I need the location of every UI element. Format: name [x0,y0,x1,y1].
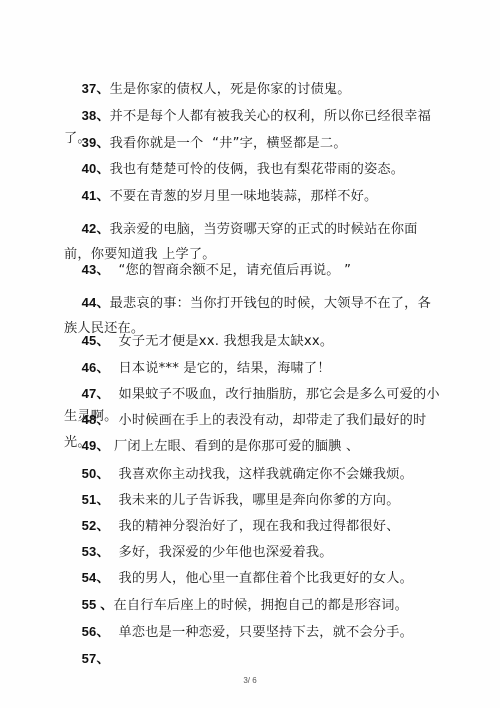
item-number: 57 [82,651,97,666]
page-indicator: 3/ 6 [0,676,500,685]
document-page: 37、生是你家的债权人，死是你家的讨债鬼。 38、并不是每个人都有被我关心的权利… [0,0,500,708]
item-number: 42 [82,221,97,236]
